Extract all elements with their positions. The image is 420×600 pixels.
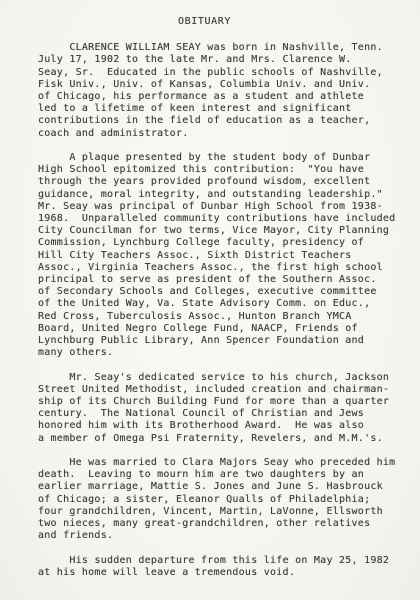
obituary-page: OBITUARY CLARENCE WILLIAM SEAY was born … — [0, 0, 420, 600]
paragraph-church-awards: Mr. Seay's dedicated service to his chur… — [38, 372, 396, 445]
paragraph-career-community: A plaque presented by the student body o… — [38, 152, 396, 359]
document-title: OBITUARY — [178, 16, 396, 28]
paragraph-birth-education: CLARENCE WILLIAM SEAY was born in Nashvi… — [38, 42, 396, 140]
paragraph-departure: His sudden departure from this life on M… — [38, 555, 396, 579]
paragraph-family-survivors: He was married to Clara Majors Seay who … — [38, 457, 396, 542]
